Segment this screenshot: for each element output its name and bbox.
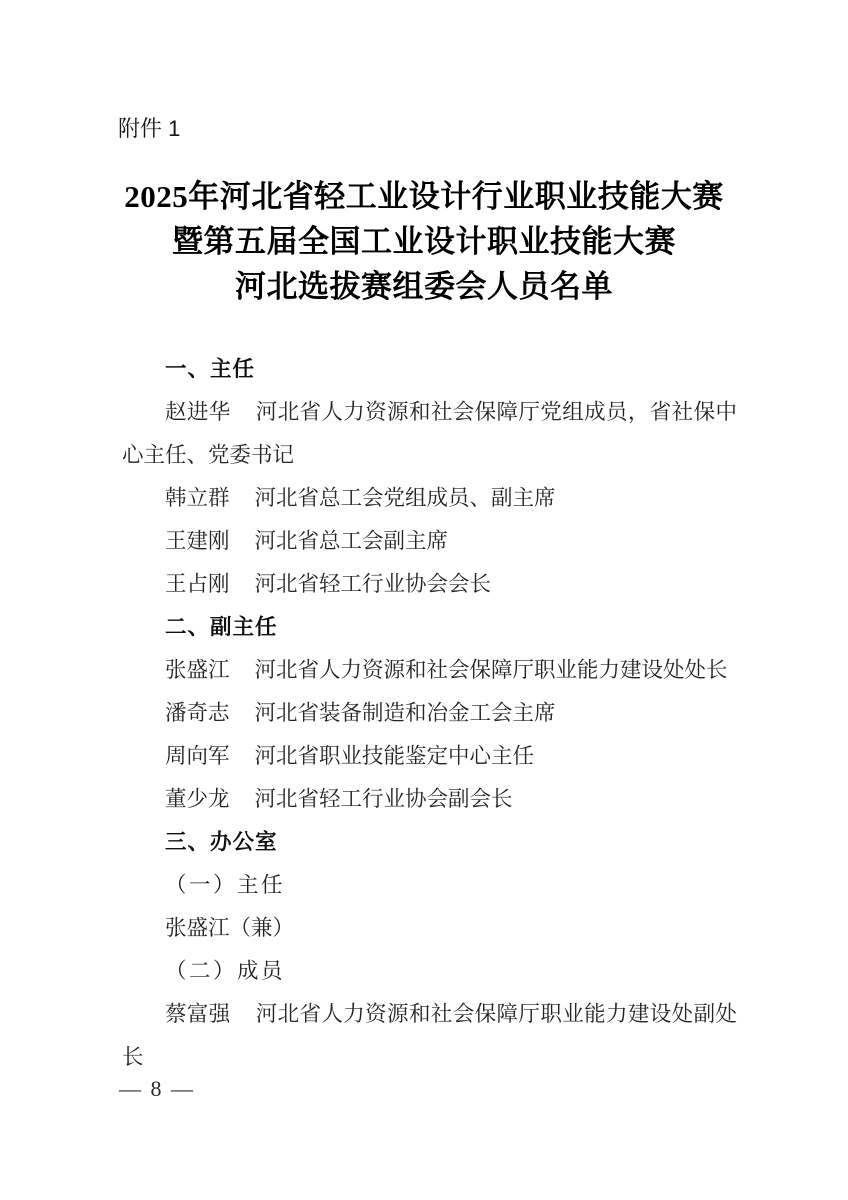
member-entry: 韩立群河北省总工会党组成员、副主席 xyxy=(122,477,737,520)
member-title: 河北省人力资源和社会保障厅职业能力建设处处长 xyxy=(255,658,728,682)
member-entry: 王占刚河北省轻工行业协会会长 xyxy=(122,563,737,606)
section-heading-deputy-directors: 二、副主任 xyxy=(122,606,737,649)
member-name: 王占刚 xyxy=(165,572,230,596)
title-line-2: 暨第五届全国工业设计职业技能大赛 xyxy=(60,219,788,264)
member-name: 蔡富强 xyxy=(165,1002,231,1026)
member-entry: 周向军河北省职业技能鉴定中心主任 xyxy=(122,735,737,778)
member-entry: 董少龙河北省轻工行业协会副会长 xyxy=(122,778,737,821)
member-name: 赵进华 xyxy=(165,400,231,424)
member-name: 潘奇志 xyxy=(165,701,230,725)
member-entry: 赵进华河北省人力资源和社会保障厅党组成员，省社保中心主任、党委书记 xyxy=(122,391,737,477)
subsection-heading-office-members: （二）成员 xyxy=(122,950,737,993)
document-title: 2025年河北省轻工业设计行业职业技能大赛 暨第五届全国工业设计职业技能大赛 河… xyxy=(60,174,788,309)
member-title: 河北省装备制造和冶金工会主席 xyxy=(255,701,556,725)
member-name: 周向军 xyxy=(165,744,230,768)
page-number: — 8 — xyxy=(119,1074,195,1104)
member-name: 董少龙 xyxy=(165,787,230,811)
section-heading-office: 三、办公室 xyxy=(122,821,737,864)
member-title: 河北省职业技能鉴定中心主任 xyxy=(255,744,535,768)
member-title: 河北省总工会党组成员、副主席 xyxy=(255,486,556,510)
member-entry: 王建刚河北省总工会副主席 xyxy=(122,520,737,563)
member-title: 河北省轻工行业协会副会长 xyxy=(255,787,513,811)
roster-body: 一、主任 赵进华河北省人力资源和社会保障厅党组成员，省社保中心主任、党委书记 韩… xyxy=(122,348,737,1079)
member-title: 河北省总工会副主席 xyxy=(255,529,449,553)
member-title: 河北省轻工行业协会会长 xyxy=(255,572,492,596)
member-name: 王建刚 xyxy=(165,529,230,553)
title-line-3: 河北选拔赛组委会人员名单 xyxy=(60,264,788,309)
document-page: 附件 1 2025年河北省轻工业设计行业职业技能大赛 暨第五届全国工业设计职业技… xyxy=(0,0,848,1200)
subsection-heading-office-director: （一）主任 xyxy=(122,864,737,907)
member-name: 张盛江 xyxy=(165,658,230,682)
attachment-label: 附件 1 xyxy=(118,114,180,144)
member-name: 张盛江（兼） xyxy=(165,916,294,940)
member-entry: 潘奇志河北省装备制造和冶金工会主席 xyxy=(122,692,737,735)
member-entry: 张盛江河北省人力资源和社会保障厅职业能力建设处处长 xyxy=(122,649,737,692)
title-line-1: 2025年河北省轻工业设计行业职业技能大赛 xyxy=(60,174,788,219)
section-heading-director: 一、主任 xyxy=(122,348,737,391)
member-name: 韩立群 xyxy=(165,486,230,510)
member-entry: 蔡富强河北省人力资源和社会保障厅职业能力建设处副处长 xyxy=(122,993,737,1079)
member-entry: 张盛江（兼） xyxy=(122,907,737,950)
